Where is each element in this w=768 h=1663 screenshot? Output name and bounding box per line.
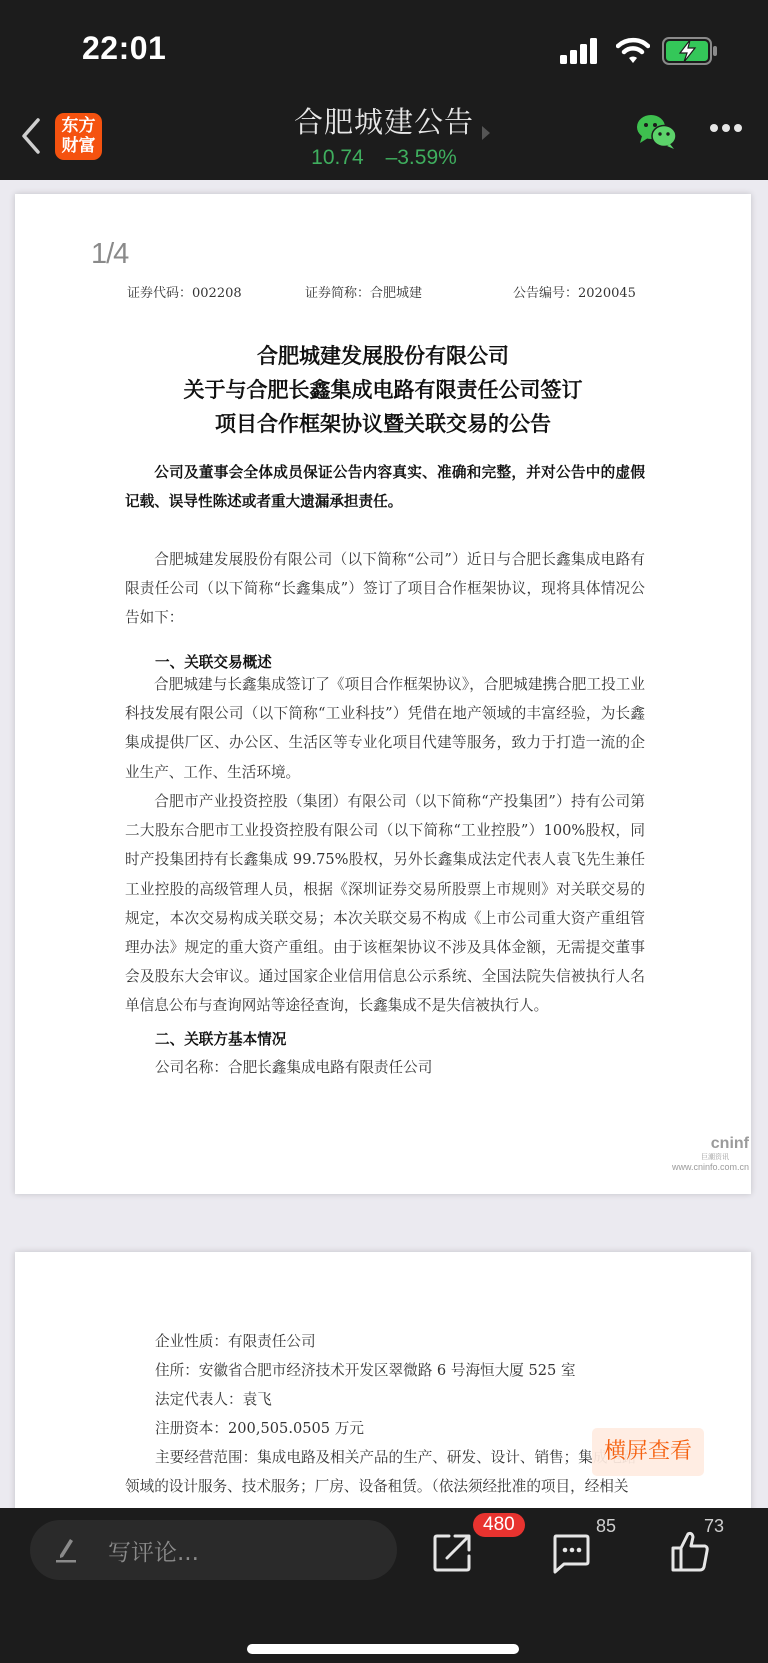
stock-price: 10.74 xyxy=(311,146,364,169)
more-dot xyxy=(722,124,730,132)
company-name: 公司名称：合肥长鑫集成电路有限责任公司 xyxy=(155,1056,432,1077)
registered-capital: 注册资本：200,505.0505 万元 xyxy=(155,1417,364,1438)
more-dot xyxy=(734,124,742,132)
doc-title-line-2: 关于与合肥长鑫集成电路有限责任公司签订 xyxy=(15,373,751,407)
business-scope-line-1: 主要经营范围：集成电路及相关产品的生产、研发、设计、销售；集成电路 xyxy=(155,1446,637,1467)
intro-paragraph: 合肥城建发展股份有限公司（以下简称“公司”）近日与合肥长鑫集成电路有限责任公司（… xyxy=(125,545,645,633)
status-bar: 22:01 xyxy=(0,0,768,92)
nav-bar: 东方 财富 合肥城建公告 10.74 –3.59% xyxy=(0,92,768,180)
home-indicator[interactable] xyxy=(247,1644,519,1654)
cninfo-subtitle: 巨潮资讯 xyxy=(672,1153,729,1162)
bottom-action-bar: 写评论... 480 85 73 xyxy=(0,1508,768,1663)
company-address: 住所：安徽省合肥市经济技术开发区翠微路 6 号海恒大厦 525 室 xyxy=(155,1359,576,1380)
intro-text: 合肥城建发展股份有限公司（以下简称“公司”）近日与合肥长鑫集成电路有限责任公司（… xyxy=(125,551,645,626)
battery-charging-icon xyxy=(662,37,718,65)
section-1-paragraph-1: 合肥城建与长鑫集成签订了《项目合作框架协议》，合肥城建携合肥工投工业科技发展有限… xyxy=(125,670,645,787)
section-1-p2-text: 合肥市产业投资控股（集团）有限公司（以下简称“产投集团”）持有公司第二大股东合肥… xyxy=(125,793,645,1014)
comment-icon[interactable] xyxy=(552,1532,590,1574)
section-1-heading: 一、关联交易概述 xyxy=(155,651,272,672)
comment-placeholder: 写评论... xyxy=(108,1534,199,1567)
title-arrow-icon xyxy=(482,126,490,140)
business-scope-line-2: 领域的设计服务、技术服务；厂房、设备租赁。（依法须经批准的项目，经相关 xyxy=(125,1475,629,1496)
wifi-icon xyxy=(616,36,650,64)
status-time: 22:01 xyxy=(82,30,166,67)
stock-change: –3.59% xyxy=(386,146,457,169)
security-short-name: 证券简称：合肥城建 xyxy=(305,282,422,301)
notice-number: 公告编号：2020045 xyxy=(513,282,636,301)
wechat-icon[interactable] xyxy=(636,114,678,150)
like-count: 73 xyxy=(704,1516,724,1537)
section-1-p1-text: 合肥城建与长鑫集成签订了《项目合作框架协议》，合肥城建携合肥工投工业科技发展有限… xyxy=(125,676,645,781)
landscape-view-button[interactable]: 横屏查看 xyxy=(592,1428,704,1476)
page-indicator: 1/4 xyxy=(91,238,128,271)
share-count-badge: 480 xyxy=(473,1513,525,1537)
more-button[interactable] xyxy=(710,122,746,134)
comment-input[interactable]: 写评论... xyxy=(30,1520,397,1580)
disclaimer-paragraph: 公司及董事会全体成员保证公告内容真实、准确和完整，并对公告中的虚假记载、误导性陈… xyxy=(125,458,645,516)
cninfo-watermark: cninf 巨潮资讯 www.cninfo.com.cn xyxy=(672,1135,749,1172)
cellular-signal-icon xyxy=(560,38,600,64)
pen-icon xyxy=(55,1537,79,1563)
section-2-heading: 二、关联方基本情况 xyxy=(155,1028,286,1049)
security-code: 证券代码：002208 xyxy=(127,282,242,301)
cninfo-logo: cninf xyxy=(672,1135,749,1153)
document-page-1: 1/4 证券代码：002208 证券简称：合肥城建 公告编号：2020045 合… xyxy=(15,194,751,1194)
doc-title-line-1: 合肥城建发展股份有限公司 xyxy=(15,339,751,373)
disclaimer-text: 公司及董事会全体成员保证公告内容真实、准确和完整，并对公告中的虚假记载、误导性陈… xyxy=(125,464,645,510)
section-1-paragraph-2: 合肥市产业投资控股（集团）有限公司（以下简称“产投集团”）持有公司第二大股东合肥… xyxy=(125,787,645,1021)
share-icon[interactable] xyxy=(433,1530,473,1572)
doc-title-line-3: 项目合作框架协议暨关联交易的公告 xyxy=(15,407,751,441)
company-nature: 企业性质：有限责任公司 xyxy=(155,1330,316,1351)
legal-representative: 法定代表人：袁飞 xyxy=(155,1388,272,1409)
more-dots-icon xyxy=(710,124,718,132)
cninfo-url: www.cninfo.com.cn xyxy=(672,1162,749,1172)
comment-count: 85 xyxy=(596,1516,616,1537)
document-viewer[interactable]: 1/4 证券代码：002208 证券简称：合肥城建 公告编号：2020045 合… xyxy=(0,180,768,1508)
